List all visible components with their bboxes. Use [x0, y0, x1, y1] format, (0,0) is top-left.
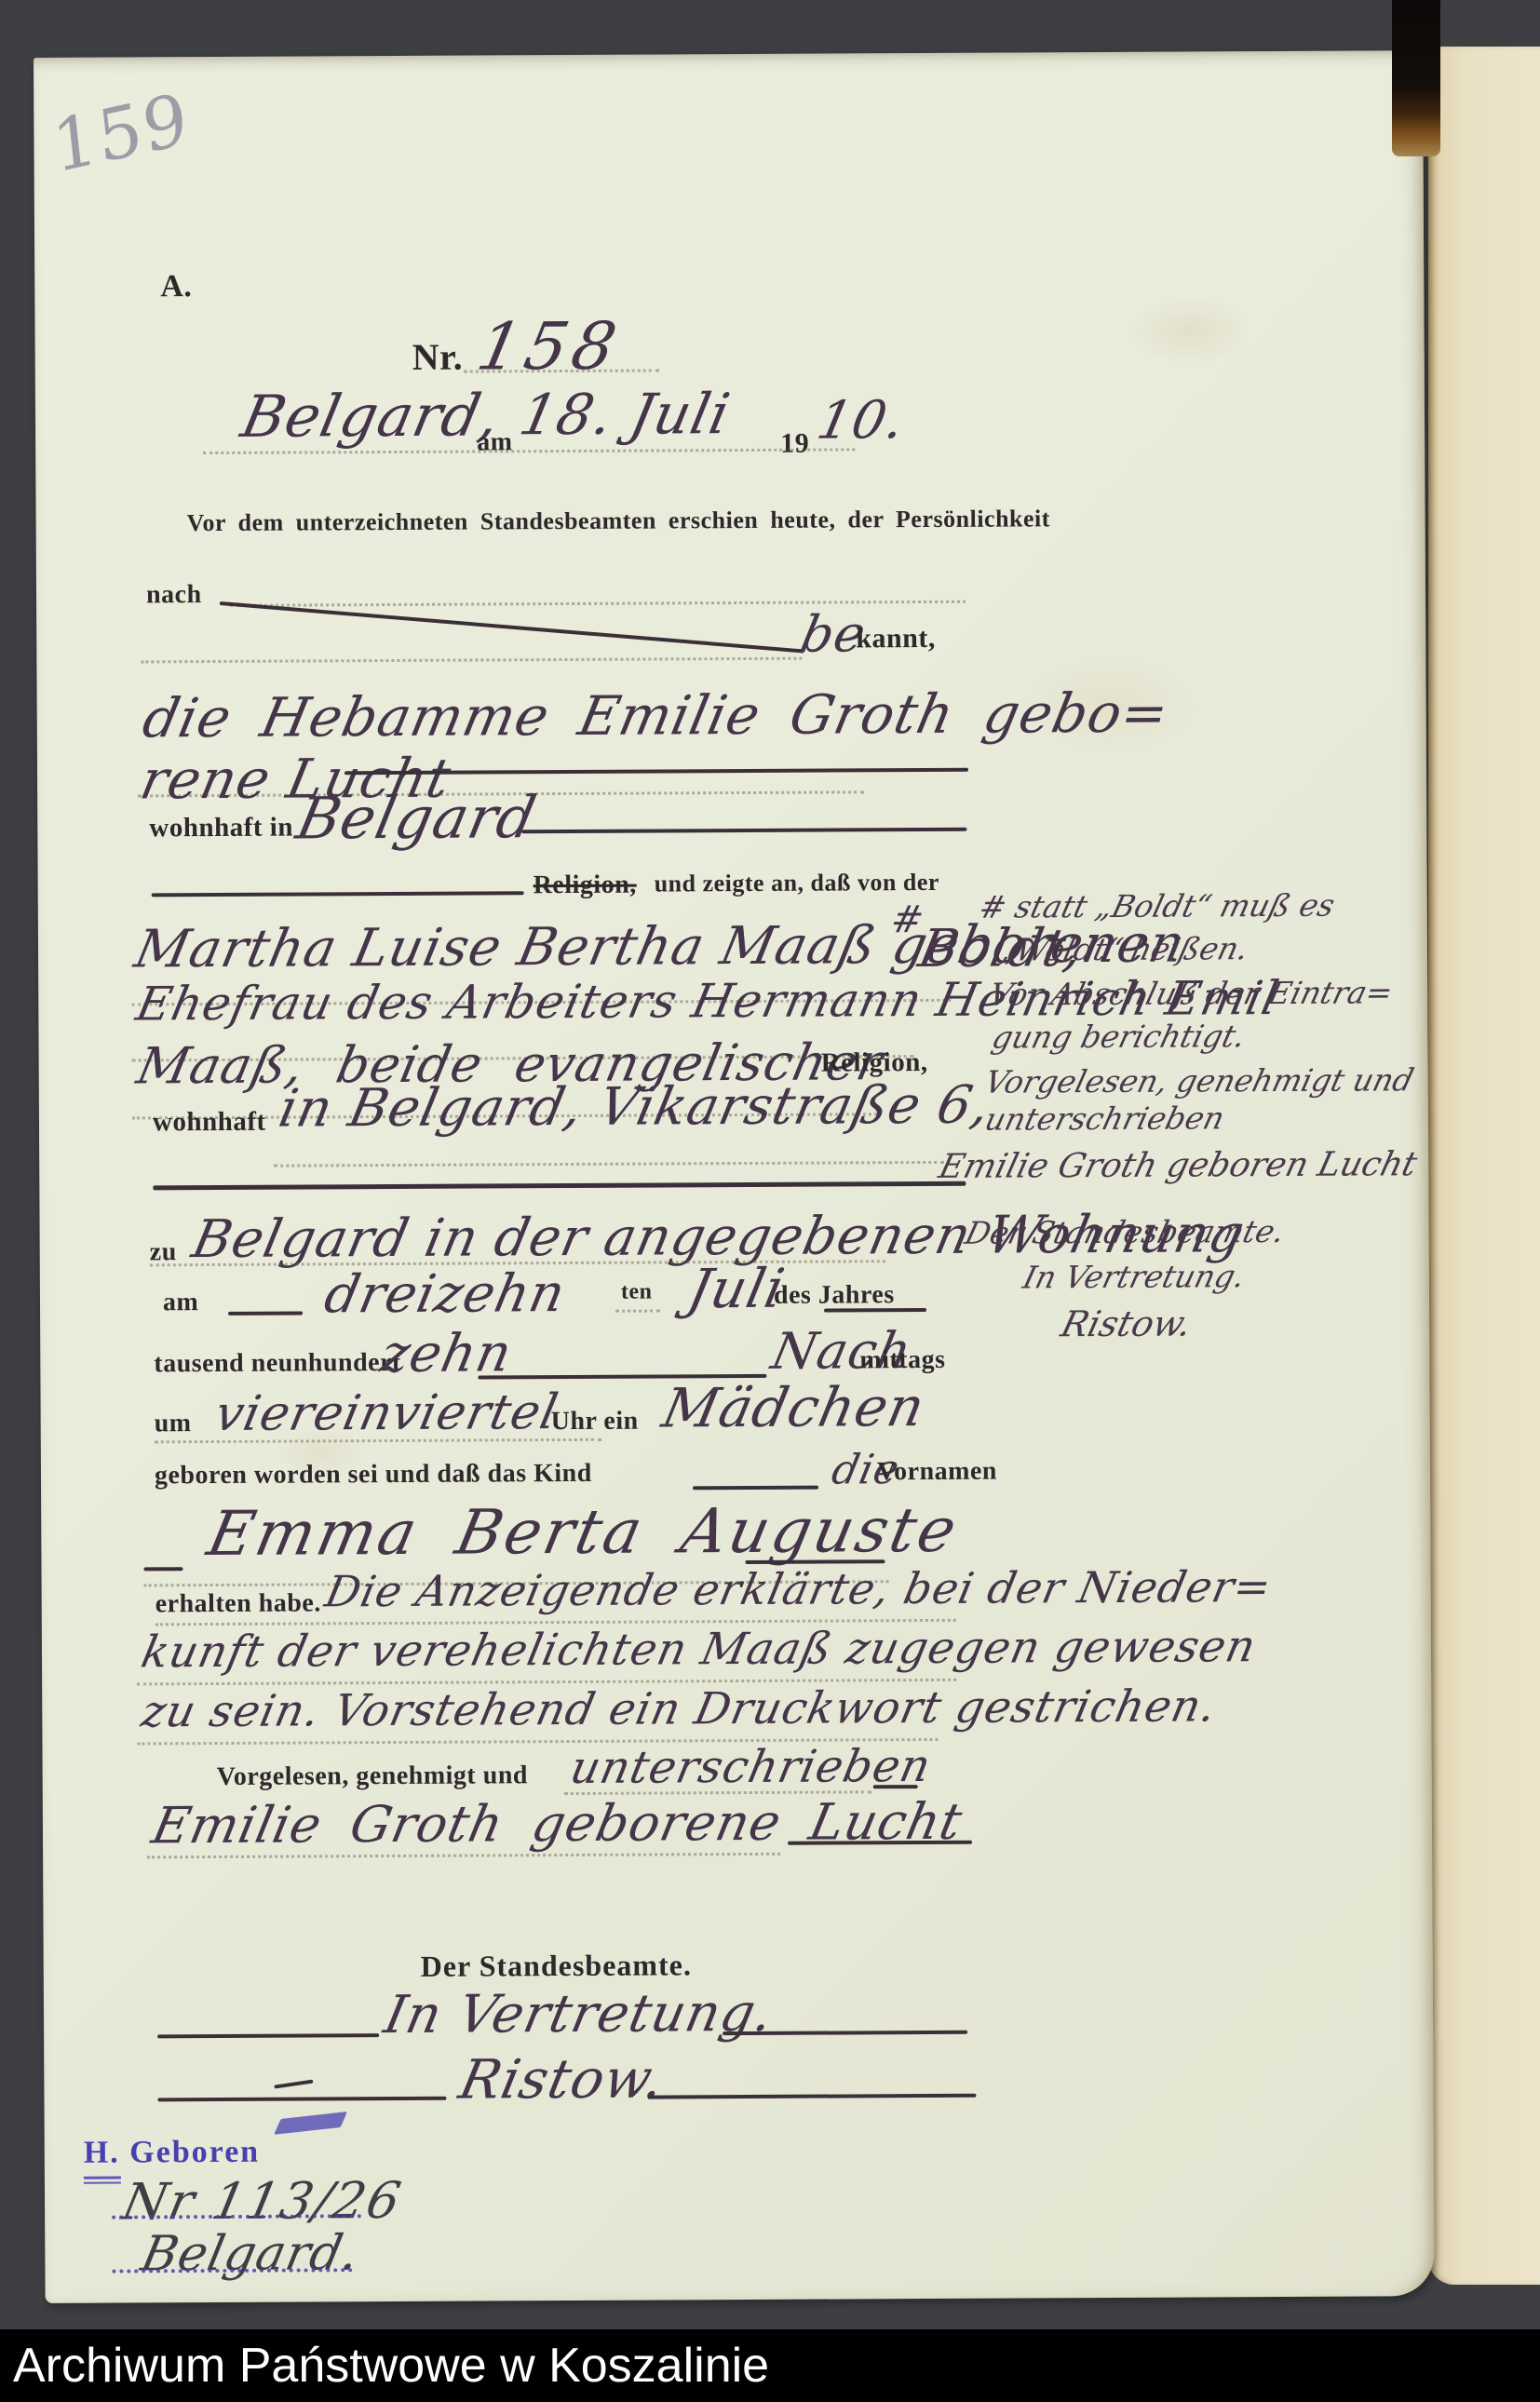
cancellation-stroke [220, 601, 804, 654]
ten-suffix-rule [615, 1309, 660, 1312]
religion-struck-label: Religion, [534, 870, 637, 901]
second-blank-rule [141, 657, 802, 664]
attestation-line2: kunft der verehelichten Maaß zugegen gew… [137, 1621, 1261, 1678]
ristow-small-dash [274, 2080, 313, 2089]
registrar-label: Der Standesbeamte. [421, 1948, 692, 1984]
record-number-value: 158 [471, 308, 628, 385]
day-value: dreizehn [319, 1263, 571, 1325]
year-printed: 19 [780, 428, 809, 460]
wohnhaft-label: wohnhaft [153, 1107, 266, 1139]
margin-registrar-signature: Ristow. [1057, 1302, 1196, 1344]
registrar-signature: Ristow. [454, 2046, 671, 2111]
religion-blank-fill [152, 891, 524, 897]
unterschrieben-trail-dash [873, 1785, 918, 1788]
vertretung-left-line [157, 2033, 379, 2038]
announce-label: und zeigte an, daß von der [655, 869, 939, 898]
kind-blank-fill [693, 1486, 818, 1491]
day-blank-fill [228, 1312, 303, 1316]
names-lead-dash [143, 1567, 182, 1571]
pencil-folio-number: 159 [48, 76, 192, 188]
attestation-line1: Die Anzeigende erklärte, bei der Nieder= [321, 1561, 1277, 1616]
document-page: 159 A. Nr. 158 Belgard, am 18. Juli 19 1… [34, 50, 1435, 2303]
time-value: viereinviertel [210, 1384, 563, 1442]
declarant-line1: die Hebamme Emilie Groth gebo= [138, 681, 1175, 750]
date-am-label: am [477, 427, 512, 457]
year-value: 10. [812, 390, 911, 452]
archive-caption-bar: Archiwum Państwowe w Koszalinie [0, 2329, 1540, 2402]
tausend-label: tausend neunhundert [154, 1348, 401, 1379]
stamp-place-pencil: Belgard. [137, 2225, 365, 2282]
mittags-label: mittags [859, 1345, 945, 1375]
residence-value: Belgard [290, 783, 542, 852]
margin-note-line2: „Woldt“ heißen. [997, 930, 1252, 967]
ristow-right-line [647, 2094, 976, 2099]
stamp-title: H. Geboren [84, 2135, 261, 2171]
attestation-line3: zu sein. Vorstehend ein Druckwort gestri… [137, 1680, 1221, 1737]
vorgelesen-label: Vorgelesen, genehmigt und [217, 1761, 528, 1792]
record-number-rule [464, 369, 659, 372]
margin-note-line5: Vorgelesen, genehmigt und [981, 1061, 1417, 1100]
des-jahres-label: des Jahres [774, 1280, 895, 1311]
gender-value: Mädchen [657, 1375, 931, 1440]
margin-note-line1: # statt „Boldt“ muß es [976, 887, 1339, 925]
born-label: geboren worden sei und daß das Kind [155, 1459, 592, 1491]
archive-caption-text: Archiwum Państwowe w Koszalinie [13, 2338, 769, 2394]
margin-note-line4: gung berichtigt. [989, 1018, 1250, 1055]
nach-label: nach [146, 580, 202, 610]
margin-note-line6: unterschrieben [981, 1100, 1228, 1137]
stamp-title-underline2 [84, 2182, 121, 2184]
stamp-title-underline [84, 2177, 121, 2179]
book-spine-binding-mark [1392, 0, 1440, 156]
residence-blank-fill [521, 828, 966, 834]
place-value: Belgard, [236, 381, 507, 451]
ristow-left-line [157, 2097, 446, 2102]
section-letter: A. [160, 269, 192, 304]
vornamen-label: Vornamen [877, 1457, 997, 1488]
religion-label: Religion, [821, 1047, 928, 1079]
erhalten-label: erhalten habe. [155, 1588, 321, 1619]
section-divider-rule [153, 1181, 966, 1191]
margin-note-line3: Vor Abschluß der Eintra= [985, 974, 1397, 1012]
archive-scan-scene: 159 A. Nr. 158 Belgard, am 18. Juli 19 1… [0, 0, 1540, 2402]
ten-suffix-label: ten [621, 1280, 653, 1305]
stamp-ink-smudge [274, 2112, 347, 2135]
wohnhaft-in-label: wohnhaft in [149, 813, 293, 844]
margin-vertretung: In Vertretung. [1020, 1258, 1249, 1295]
kannt-label: kannt, [856, 623, 936, 654]
declarant-signature: Emilie Groth geborene Lucht [147, 1792, 967, 1855]
uhr-ein-label: Uhr ein [551, 1407, 639, 1437]
um-label: um [155, 1409, 192, 1438]
child-names: Emma Berta Auguste [202, 1494, 966, 1570]
vertretung-right-line [723, 2031, 967, 2035]
margin-registrar-label: Der Standesbeamte. [962, 1213, 1289, 1251]
residence2-value: in Belgard, Vikarstraße 6, [274, 1075, 996, 1140]
vertretung-value: In Vertretung. [379, 1983, 778, 2045]
margin-signature-declarant: Emilie Groth geboren Lucht [935, 1145, 1421, 1186]
next-page-edge [1428, 47, 1540, 2285]
record-number-label: Nr. [412, 335, 464, 379]
stamp-number-pencil: Nr 113/26 [117, 2171, 407, 2232]
residence2-rule [274, 1161, 944, 1167]
intro-line: Vor dem unterzeichneten Standesbeamten e… [187, 505, 1050, 537]
date-value: 18. Juli [514, 382, 736, 448]
am-label: am [163, 1288, 198, 1317]
